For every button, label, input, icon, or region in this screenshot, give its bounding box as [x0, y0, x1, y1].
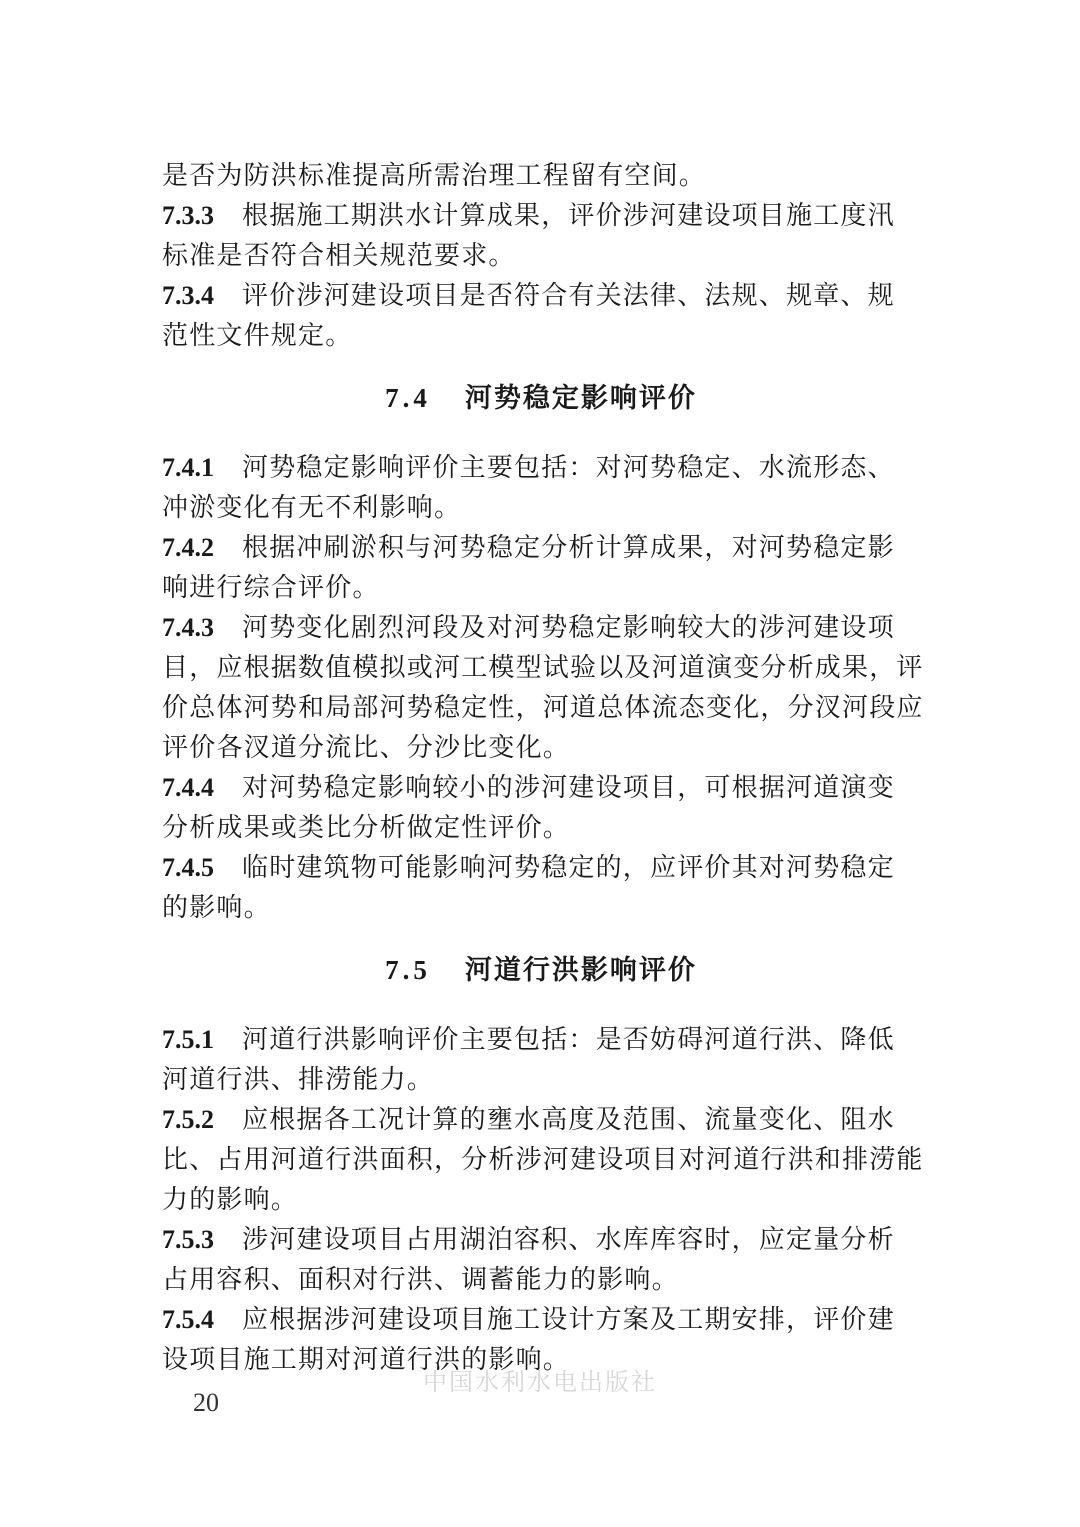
- clause-number: 7.5.2: [162, 1105, 214, 1134]
- section-heading-7-4: 7.4河势稳定影响评价: [162, 356, 920, 448]
- clause-7-4-3: 7.4.3河势变化剧烈河段及对河势稳定影响较大的涉河建设项 目，应根据数值模拟或…: [162, 608, 920, 768]
- clause-text: 力的影响。: [162, 1180, 920, 1220]
- document-page: 是否为防洪标准提高所需治理工程留有空间。 7.3.3根据施工期洪水计算成果，评价…: [162, 156, 920, 1380]
- clause-text: 河道行洪、排涝能力。: [162, 1060, 920, 1100]
- clause-number: 7.4.2: [162, 533, 214, 562]
- clause-text: 临时建筑物可能影响河势稳定的，应评价其对河势稳定: [242, 853, 895, 883]
- clause-number: 7.4.5: [162, 853, 214, 882]
- clause-text: 对河势稳定影响较小的涉河建设项目，可根据河道演变: [242, 773, 895, 803]
- clause-text: 范性文件规定。: [162, 316, 920, 356]
- page-number: 20: [193, 1388, 219, 1418]
- clause-number: 7.4.1: [162, 453, 214, 482]
- clause-text: 标准是否符合相关规范要求。: [162, 236, 920, 276]
- clause-text: 应根据涉河建设项目施工设计方案及工期安排，评价建: [242, 1305, 895, 1335]
- clause-number: 7.3.4: [162, 281, 214, 310]
- clause-number: 7.5.4: [162, 1305, 214, 1334]
- section-heading-7-5: 7.5河道行洪影响评价: [162, 928, 920, 1020]
- clause-7-4-1: 7.4.1河势稳定影响评价主要包括：对河势稳定、水流形态、 冲淤变化有无不利影响…: [162, 448, 920, 528]
- publisher-watermark: 中国水利水电出版社: [0, 1362, 1080, 1397]
- clause-text: 分析成果或类比分析做定性评价。: [162, 808, 920, 848]
- clause-number: 7.4.3: [162, 613, 214, 642]
- clause-text: 价总体河势和局部河势稳定性，河道总体流态变化，分汊河段应: [162, 688, 920, 728]
- section-title: 河势稳定影响评价: [465, 383, 697, 414]
- clause-text: 河势稳定影响评价主要包括：对河势稳定、水流形态、: [242, 453, 895, 483]
- clause-number: 7.3.3: [162, 201, 214, 230]
- clause-text: 占用容积、面积对行洪、调蓄能力的影响。: [162, 1260, 920, 1300]
- section-number: 7.4: [385, 383, 431, 413]
- clause-text: 根据冲刷淤积与河势稳定分析计算成果，对河势稳定影: [242, 533, 895, 563]
- clause-text: 河势变化剧烈河段及对河势稳定影响较大的涉河建设项: [242, 613, 895, 643]
- clause-text: 的影响。: [162, 888, 920, 928]
- clause-text: 响进行综合评价。: [162, 568, 920, 608]
- clause-7-3-3: 7.3.3根据施工期洪水计算成果，评价涉河建设项目施工度汛 标准是否符合相关规范…: [162, 196, 920, 276]
- clause-text: 涉河建设项目占用湖泊容积、水库库容时，应定量分析: [242, 1225, 895, 1255]
- clause-7-5-3: 7.5.3涉河建设项目占用湖泊容积、水库库容时，应定量分析 占用容积、面积对行洪…: [162, 1220, 920, 1300]
- clause-text: 评价涉河建设项目是否符合有关法律、法规、规章、规: [242, 281, 895, 311]
- section-title: 河道行洪影响评价: [465, 955, 697, 986]
- clause-text: 评价各汊道分流比、分沙比变化。: [162, 728, 920, 768]
- clause-7-3-4: 7.3.4评价涉河建设项目是否符合有关法律、法规、规章、规 范性文件规定。: [162, 276, 920, 356]
- clause-text: 目，应根据数值模拟或河工模型试验以及河道演变分析成果，评: [162, 648, 920, 688]
- clause-7-5-2: 7.5.2应根据各工况计算的壅水高度及范围、流量变化、阻水 比、占用河道行洪面积…: [162, 1100, 920, 1220]
- clause-7-5-1: 7.5.1河道行洪影响评价主要包括：是否妨碍河道行洪、降低 河道行洪、排涝能力。: [162, 1020, 920, 1100]
- section-number: 7.5: [385, 955, 431, 985]
- clause-number: 7.5.3: [162, 1225, 214, 1254]
- clause-text: 比、占用河道行洪面积，分析涉河建设项目对河道行洪和排涝能: [162, 1140, 920, 1180]
- clause-7-4-4: 7.4.4对河势稳定影响较小的涉河建设项目，可根据河道演变 分析成果或类比分析做…: [162, 768, 920, 848]
- clause-7-4-2: 7.4.2根据冲刷淤积与河势稳定分析计算成果，对河势稳定影 响进行综合评价。: [162, 528, 920, 608]
- clause-number: 7.4.4: [162, 773, 214, 802]
- clause-text: 冲淤变化有无不利影响。: [162, 488, 920, 528]
- clause-7-4-5: 7.4.5临时建筑物可能影响河势稳定的，应评价其对河势稳定 的影响。: [162, 848, 920, 928]
- continuation-line: 是否为防洪标准提高所需治理工程留有空间。: [162, 156, 920, 196]
- clause-text: 根据施工期洪水计算成果，评价涉河建设项目施工度汛: [242, 201, 895, 231]
- clause-number: 7.5.1: [162, 1025, 214, 1054]
- clause-text: 河道行洪影响评价主要包括：是否妨碍河道行洪、降低: [242, 1025, 895, 1055]
- clause-text: 应根据各工况计算的壅水高度及范围、流量变化、阻水: [242, 1105, 895, 1135]
